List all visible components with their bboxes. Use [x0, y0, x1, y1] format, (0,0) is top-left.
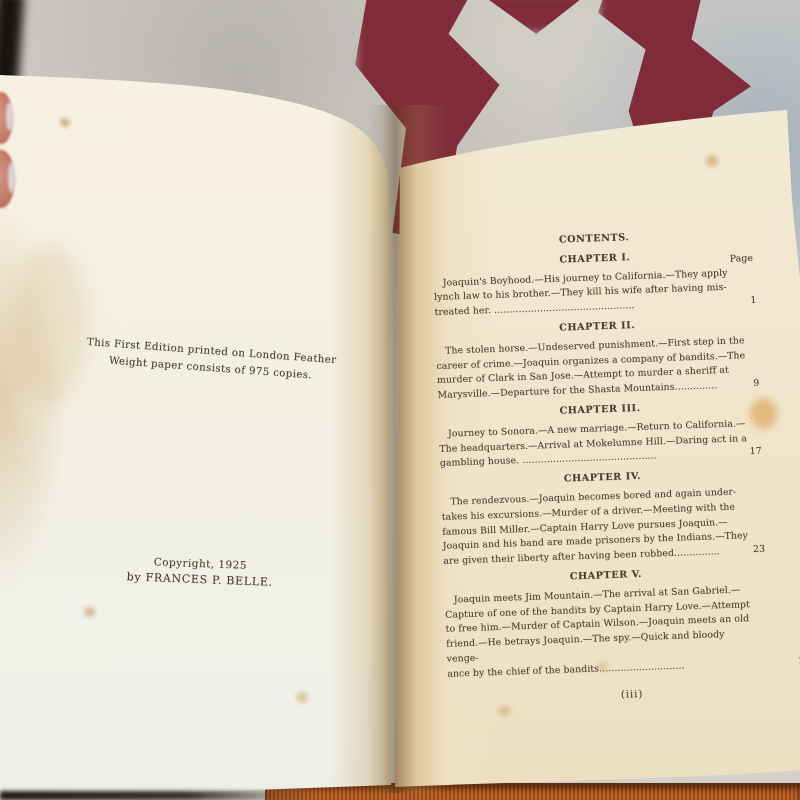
chapter-page-number: 23	[753, 543, 766, 558]
chapter-entry: CHAPTER II. The stolen horse.—Undeserved…	[435, 315, 762, 404]
chapter-summary-text: The rendezvous.—Joaquin becomes bored an…	[441, 484, 767, 569]
chapter-entry: CHAPTER III. Journey to Sonora.—A new ma…	[438, 398, 764, 472]
chapter-page-number: 17	[749, 445, 762, 460]
book-bottom-shadow	[0, 791, 310, 800]
thumb-nail	[8, 162, 15, 194]
quilt-star-patch	[478, 0, 590, 34]
left-page	[0, 70, 400, 800]
chapter-entry: CHAPTER V. Joaquin meets Jim Mountain.—T…	[444, 563, 772, 682]
chapter-summary-text: Journey to Sonora.—A new marriage.—Retur…	[439, 416, 764, 472]
chapter-page-number: 1	[750, 294, 757, 309]
chapter-entry: CHAPTER I. Joaquin's Boyhood.—His journe…	[433, 246, 759, 320]
chapter-summary-text: Joaquin's Boyhood.—His journey to Califo…	[433, 265, 758, 321]
chapter-summary: The rendezvous.—Joaquin becomes bored an…	[441, 484, 767, 569]
chapter-summary-text: Joaquin meets Jim Mountain.—The arrival …	[444, 582, 771, 682]
contents-block: CONTENTS. Page CHAPTER I. Joaquin's Boyh…	[432, 227, 772, 709]
chapter-summary-text: The stolen horse.—Undeserved punishment.…	[436, 333, 762, 403]
chapter-summary: Joaquin's Boyhood.—His journey to Califo…	[433, 265, 758, 321]
thumb-nail	[6, 102, 13, 131]
chapter-summary: Joaquin meets Jim Mountain.—The arrival …	[444, 582, 771, 682]
chapter-summary: The stolen horse.—Undeserved punishment.…	[436, 333, 762, 403]
chapter-page-number: 9	[753, 377, 760, 392]
chapter-entry: CHAPTER IV. The rendezvous.—Joaquin beco…	[440, 466, 767, 570]
chapter-summary: Journey to Sonora.—A new marriage.—Retur…	[439, 416, 764, 472]
